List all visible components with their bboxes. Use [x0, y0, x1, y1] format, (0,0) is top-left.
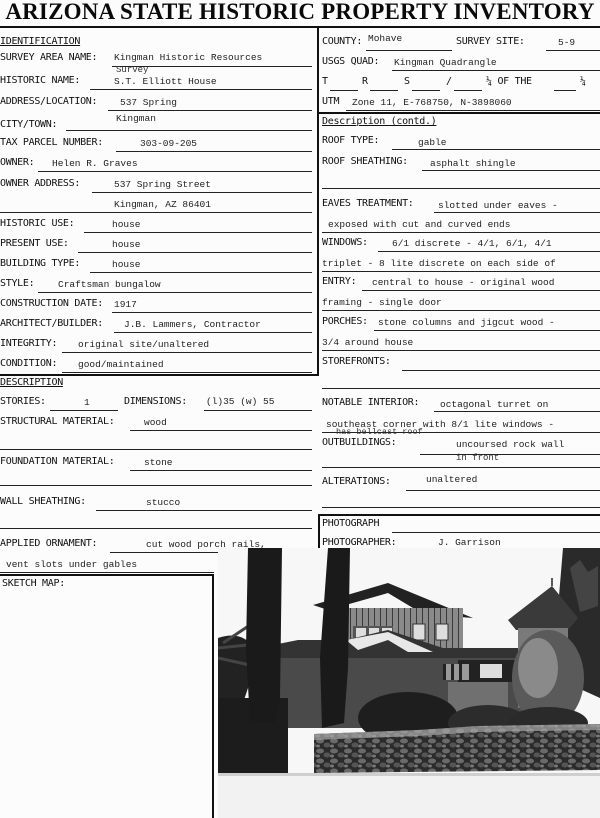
- foundation-material-value: stone: [144, 456, 173, 469]
- slash-label: /: [446, 75, 452, 88]
- stories-label: STORIES:: [0, 395, 46, 408]
- address-value: 537 Spring: [120, 96, 177, 109]
- outbuildings-value2: in front: [456, 453, 499, 463]
- city-value: Kingman: [116, 112, 156, 125]
- quarter-of-the-label: ¼ OF THE: [486, 75, 532, 88]
- identification-box-bottom: [0, 374, 319, 376]
- survey-area-name-label: SURVEY AREA NAME:: [0, 51, 97, 64]
- integrity-field: INTEGRITY: original site/unaltered: [0, 334, 312, 353]
- construction-date-value: 1917: [114, 298, 137, 311]
- porches-field: PORCHES: stone columns and jigcut wood -: [322, 312, 600, 331]
- description-heading: DESCRIPTION: [0, 377, 63, 388]
- owner-field: OWNER: Helen R. Graves: [0, 153, 312, 172]
- storefronts-line2: [322, 388, 600, 389]
- alterations-label: ALTERATIONS:: [322, 475, 391, 488]
- section-label: S: [404, 75, 410, 88]
- roof-type-value: gable: [418, 136, 447, 149]
- historic-name-field: HISTORIC NAME: S.T. Elliott House: [0, 71, 312, 90]
- owner-address-value: 537 Spring Street: [114, 178, 211, 191]
- present-use-field: PRESENT USE: house: [0, 234, 312, 253]
- structural-material-line2: [0, 449, 312, 450]
- wall-sheathing-line2: [0, 528, 312, 529]
- historic-use-field: HISTORIC USE: house: [0, 214, 312, 233]
- wall-sheathing-field: WALL SHEATHING: stucco: [0, 492, 312, 511]
- eaves-line2: exposed with cut and curved ends: [322, 214, 600, 233]
- city-label: CITY/TOWN:: [0, 118, 57, 131]
- windows-value2: triplet - 8 lite discrete on each side o…: [322, 257, 556, 270]
- notable-interior-field: NOTABLE INTERIOR: octagonal turret on: [322, 393, 600, 412]
- range-label: R: [362, 75, 368, 88]
- porches-value2: 3/4 around house: [322, 336, 413, 349]
- sketch-map-box: SKETCH MAP:: [0, 574, 214, 818]
- county-value: Mohave: [368, 32, 402, 45]
- column-divider-lower: [317, 374, 318, 516]
- notable-interior-label: NOTABLE INTERIOR:: [322, 396, 419, 409]
- dimensions-label: DIMENSIONS:: [124, 395, 187, 408]
- owner-value: Helen R. Graves: [52, 157, 138, 170]
- utm-label: UTM: [322, 95, 339, 108]
- condition-value: good/maintained: [78, 358, 164, 371]
- entry-line2: framing - single door: [322, 292, 600, 311]
- present-use-value: house: [112, 238, 141, 251]
- alterations-value: unaltered: [426, 473, 477, 486]
- identification-heading: IDENTIFICATION: [0, 36, 80, 47]
- alterations-field: ALTERATIONS: unaltered: [322, 472, 600, 491]
- county-field: COUNTY: Mohave SURVEY SITE: 5-9: [322, 32, 600, 51]
- roof-sheathing-value: asphalt shingle: [430, 157, 516, 170]
- architect-label: ARCHITECT/BUILDER:: [0, 317, 103, 330]
- architect-field: ARCHITECT/BUILDER: J.B. Lammers, Contrac…: [0, 314, 312, 333]
- present-use-label: PRESENT USE:: [0, 237, 69, 250]
- roof-type-label: ROOF TYPE:: [322, 134, 379, 147]
- stories-value: 1: [84, 396, 90, 409]
- usgs-quad-value: Kingman Quadrangle: [394, 56, 497, 69]
- structural-material-field: STRUCTURAL MATERIAL: wood: [0, 412, 312, 431]
- outbuildings-value: uncoursed rock wall: [456, 438, 564, 451]
- porches-value: stone columns and jigcut wood -: [378, 316, 555, 329]
- eaves-value2: exposed with cut and curved ends: [328, 218, 510, 231]
- historic-use-value: house: [112, 218, 141, 231]
- survey-site-label: SURVEY SITE:: [456, 35, 525, 48]
- foundation-material-label: FOUNDATION MATERIAL:: [0, 455, 114, 468]
- historic-name-value: S.T. Elliott House: [114, 75, 217, 88]
- stories-field: STORIES: 1 DIMENSIONS: (l)35 (w) 55: [0, 392, 312, 411]
- structural-material-value: wood: [144, 416, 167, 429]
- utm-value: Zone 11, E-768750, N-3898060: [352, 96, 512, 109]
- foundation-material-line2: [0, 485, 312, 486]
- roof-sheathing-label: ROOF SHEATHING:: [322, 155, 408, 168]
- historic-use-label: HISTORIC USE:: [0, 217, 74, 230]
- style-value: Craftsman bungalow: [58, 278, 161, 291]
- township-range-field: T R S / ¼ OF THE ¼: [322, 72, 600, 91]
- survey-area-name-field: SURVEY AREA NAME: Kingman Historic Resou…: [0, 48, 312, 67]
- eaves-value: slotted under eaves -: [438, 199, 558, 212]
- foundation-material-field: FOUNDATION MATERIAL: stone: [0, 452, 312, 471]
- roof-type-field: ROOF TYPE: gable: [322, 131, 600, 150]
- township-label: T: [322, 75, 328, 88]
- style-label: STYLE:: [0, 277, 34, 290]
- owner-address-field: OWNER ADDRESS: 537 Spring Street: [0, 174, 312, 193]
- photograph-label: PHOTOGRAPH: [322, 517, 379, 530]
- style-field: STYLE: Craftsman bungalow: [0, 274, 312, 293]
- construction-date-label: CONSTRUCTION DATE:: [0, 297, 103, 310]
- quarter-label: ¼: [580, 75, 586, 88]
- owner-address-label: OWNER ADDRESS:: [0, 177, 80, 190]
- usgs-quad-label: USGS QUAD:: [322, 55, 379, 68]
- applied-ornament-label: APPLIED ORNAMENT:: [0, 537, 97, 550]
- alterations-line2: [322, 507, 600, 508]
- outbuildings-line2: [322, 467, 600, 468]
- tax-parcel-label: TAX PARCEL NUMBER:: [0, 136, 103, 149]
- applied-ornament-value2: vent slots under gables: [6, 558, 137, 571]
- title-rule: [0, 26, 600, 28]
- condition-field: CONDITION: good/maintained: [0, 354, 312, 373]
- windows-label: WINDOWS:: [322, 236, 368, 249]
- wall-sheathing-label: WALL SHEATHING:: [0, 495, 86, 508]
- property-photograph: [218, 548, 600, 818]
- roof-sheathing-line2: [322, 188, 600, 189]
- address-label: ADDRESS/LOCATION:: [0, 95, 97, 108]
- wall-sheathing-value: stucco: [146, 496, 180, 509]
- survey-area-name-value: Kingman Historic Resources: [114, 51, 262, 64]
- utm-field: UTM Zone 11, E-768750, N-3898060: [322, 92, 600, 111]
- building-type-field: BUILDING TYPE: house: [0, 254, 312, 273]
- sketch-map-label: SKETCH MAP:: [2, 578, 65, 589]
- outbuildings-label: OUTBUILDINGS:: [322, 436, 396, 449]
- usgs-quad-field: USGS QUAD: Kingman Quadrangle: [322, 52, 600, 71]
- construction-date-field: CONSTRUCTION DATE: 1917: [0, 294, 312, 313]
- owner-label: OWNER:: [0, 156, 34, 169]
- dimensions-value: (l)35 (w) 55: [206, 395, 274, 408]
- description-contd-heading: Description (contd.): [322, 116, 436, 127]
- owner-address-value2: Kingman, AZ 86401: [114, 198, 211, 211]
- entry-label: ENTRY:: [322, 275, 356, 288]
- windows-line2: triplet - 8 lite discrete on each side o…: [322, 253, 600, 272]
- historic-name-label: HISTORIC NAME:: [0, 74, 80, 87]
- survey-site-value: 5-9: [558, 36, 575, 49]
- entry-value: central to house - original wood: [372, 276, 554, 289]
- county-label: COUNTY:: [322, 35, 362, 48]
- applied-ornament-line2: vent slots under gables: [0, 554, 214, 573]
- storefronts-label: STOREFRONTS:: [322, 355, 391, 368]
- building-type-label: BUILDING TYPE:: [0, 257, 80, 270]
- building-type-value: house: [112, 258, 141, 271]
- structural-material-label: STRUCTURAL MATERIAL:: [0, 415, 114, 428]
- integrity-label: INTEGRITY:: [0, 337, 57, 350]
- owner-address-line2: Kingman, AZ 86401: [0, 194, 312, 213]
- porches-line2: 3/4 around house: [322, 332, 600, 351]
- windows-field: WINDOWS: 6/1 discrete - 4/1, 6/1, 4/1: [322, 233, 600, 252]
- porches-label: PORCHES:: [322, 315, 368, 328]
- entry-field: ENTRY: central to house - original wood: [322, 272, 600, 291]
- address-field: ADDRESS/LOCATION: 537 Spring: [0, 92, 312, 111]
- tax-parcel-value: 303-09-205: [140, 137, 197, 150]
- windows-value: 6/1 discrete - 4/1, 6/1, 4/1: [392, 237, 552, 250]
- notable-interior-value: octagonal turret on: [440, 398, 548, 411]
- photograph-box-left: [318, 514, 320, 548]
- entry-value2: framing - single door: [322, 296, 442, 309]
- city-field: CITY/TOWN: Kingman: [0, 112, 312, 131]
- location-box-bottom: [318, 112, 600, 114]
- eaves-field: EAVES TREATMENT: slotted under eaves -: [322, 194, 600, 213]
- storefronts-field: STOREFRONTS:: [322, 352, 600, 371]
- column-divider: [317, 28, 319, 374]
- photograph-field: PHOTOGRAPH: [322, 514, 600, 533]
- eaves-label: EAVES TREATMENT:: [322, 197, 414, 210]
- roof-sheathing-field: ROOF SHEATHING: asphalt shingle: [322, 152, 600, 171]
- form-title: ARIZONA STATE HISTORIC PROPERTY INVENTOR…: [0, 0, 600, 26]
- condition-label: CONDITION:: [0, 357, 57, 370]
- tax-parcel-field: TAX PARCEL NUMBER: 303-09-205: [0, 133, 312, 152]
- integrity-value: original site/unaltered: [78, 338, 209, 351]
- architect-value: J.B. Lammers, Contractor: [124, 318, 261, 331]
